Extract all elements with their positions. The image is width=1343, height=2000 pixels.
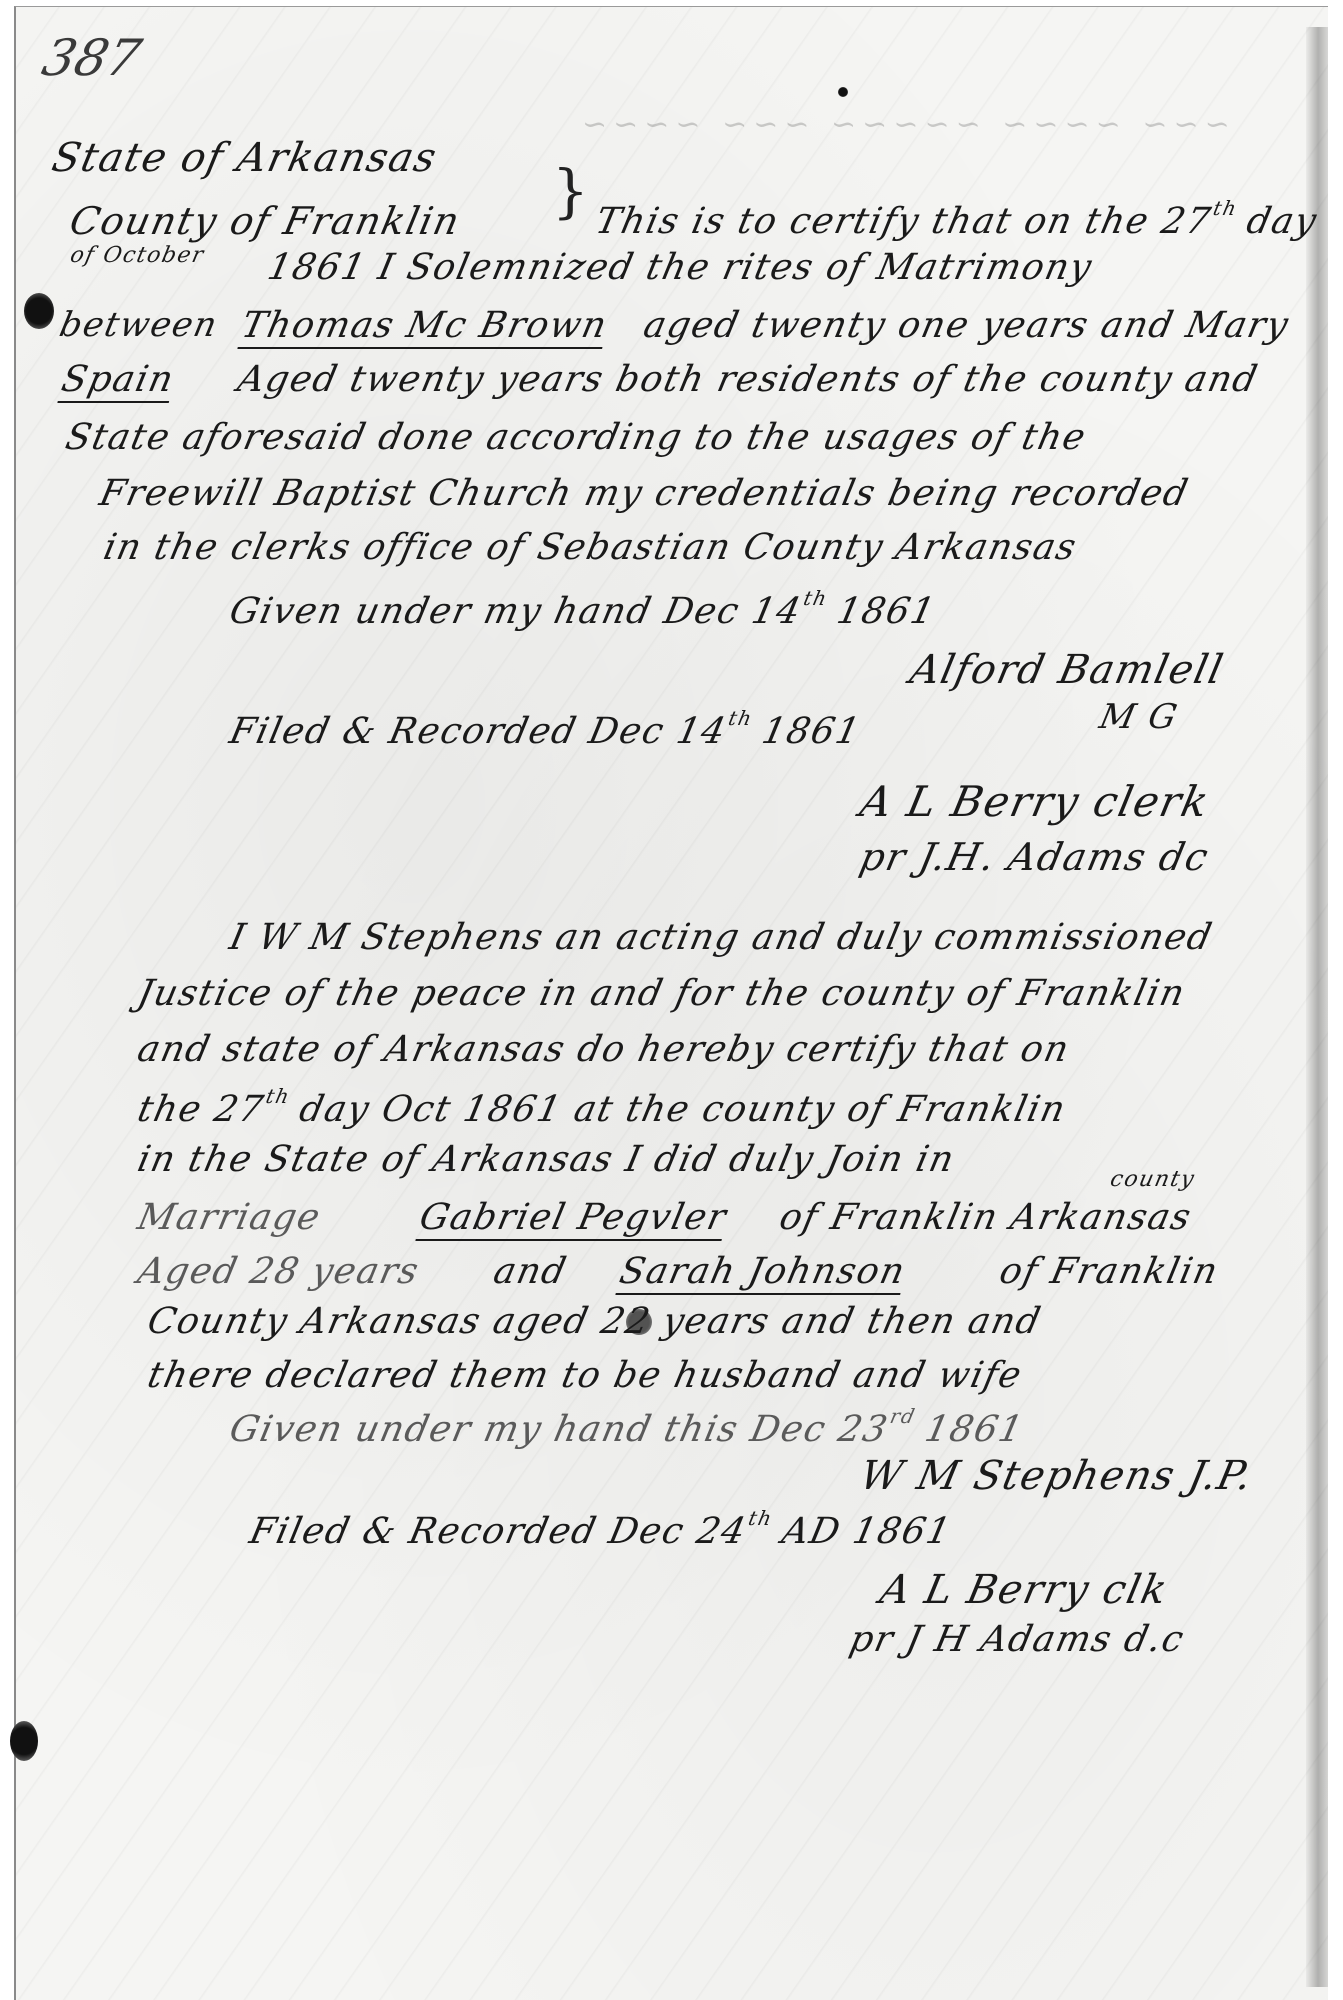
record2-bride-name: Sarah Johnson: [616, 1251, 909, 1292]
record1-line4: Aged twenty years both residents of the …: [234, 359, 1262, 400]
record2-line6: of Franklin Arkansas: [776, 1197, 1196, 1238]
record2-line6-prefix: Marriage: [134, 1197, 325, 1238]
record2-filed-line: Filed & Recorded Dec 24th AD 1861: [246, 1507, 956, 1552]
record1-bride-surname: Spain: [58, 359, 178, 400]
record2-groom-name: Gabriel Pegvler: [416, 1197, 731, 1238]
record2-line5: in the State of Arkansas I did duly Join…: [134, 1139, 959, 1180]
record2-line4: the 27th day Oct 1861 at the county of F…: [134, 1085, 1071, 1130]
caption-state: State of Arkansas: [48, 135, 441, 181]
page-binding-edge: [1306, 27, 1328, 1987]
record2-line9: there declared them to be husband and wi…: [144, 1355, 1026, 1396]
record1-line3-prefix: between: [56, 305, 222, 345]
justice-signature: W M Stephens J.P.: [856, 1453, 1257, 1499]
record2-clerk-signature: A L Berry clk: [876, 1567, 1172, 1613]
officiant-title: M G: [1096, 697, 1182, 737]
record1-line2: 1861 I Solemnized the rites of Matrimony: [264, 247, 1096, 288]
record1-line7: in the clerks office of Sebastian County…: [100, 527, 1081, 568]
record2-groom-age: Aged 28 years: [134, 1251, 423, 1292]
register-page: ~~~ ~~~~ ~~~~~ ~~~ ~~~~ 387 State of Ark…: [14, 6, 1328, 2000]
record1-deputy-signature: pr J.H. Adams dc: [856, 835, 1213, 879]
record2-deputy-signature: pr J H Adams d.c: [846, 1619, 1188, 1660]
record1-given-line: Given under my hand Dec 14th 1861: [226, 587, 941, 632]
record2-line2: Justice of the peace in and for the coun…: [134, 973, 1189, 1014]
record1-groom-name: Thomas Mc Brown: [238, 305, 611, 346]
record2-line3: and state of Arkansas do hereby certify …: [134, 1029, 1074, 1070]
record1-line2-prefix: of October: [68, 243, 207, 268]
record2-insert-county: county: [1108, 1167, 1198, 1192]
record2-given-line: Given under my hand this Dec 23rd 1861: [226, 1405, 1029, 1450]
record2-line1: I W M Stephens an acting and duly commis…: [226, 917, 1217, 958]
officiant-signature: Alford Bamlell: [906, 647, 1228, 693]
bleed-through-text: ~~~ ~~~~ ~~~~~ ~~~ ~~~~: [576, 107, 1230, 142]
record1-line3: aged twenty one years and Mary: [640, 305, 1293, 346]
binding-hole-top: [24, 293, 54, 329]
caption-county: County of Franklin: [66, 199, 465, 243]
ink-spot: [838, 87, 848, 97]
caption-brace: }: [552, 157, 589, 225]
record1-filed-line: Filed & Recorded Dec 14th 1861: [226, 707, 865, 752]
binding-hole-bottom: [10, 1721, 38, 1761]
page-number: 387: [37, 29, 147, 87]
record2-line7-and: and: [490, 1251, 571, 1292]
record2-line7: of Franklin: [996, 1251, 1223, 1292]
record1-clerk-signature: A L Berry clerk: [856, 777, 1214, 826]
record1-line5: State aforesaid done according to the us…: [62, 417, 1090, 458]
record1-line1: This is to certify that on the 27th day: [592, 197, 1322, 242]
record2-line8: County Arkansas aged 22 years and then a…: [144, 1301, 1045, 1342]
record1-line6: Freewill Baptist Church my credentials b…: [96, 473, 1193, 514]
